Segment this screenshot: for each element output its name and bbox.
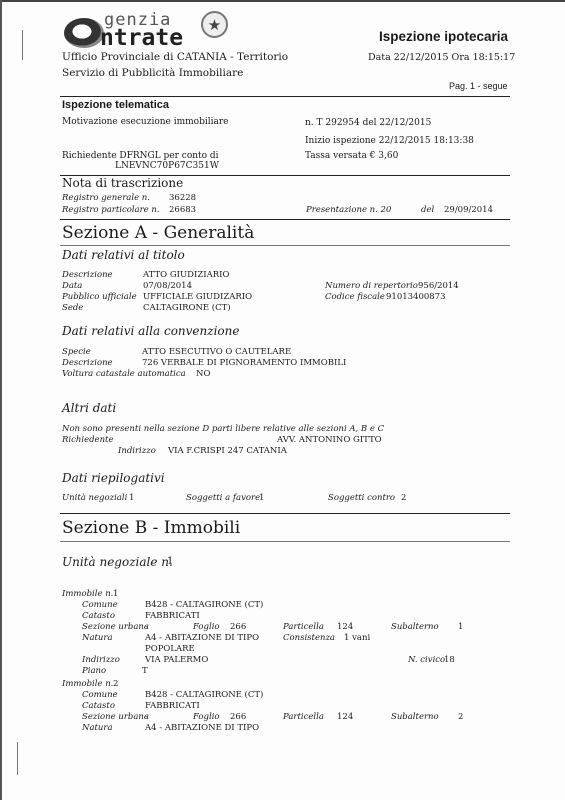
specie-value: ATTO ESECUTIVO O CAUTELARE	[142, 347, 291, 357]
immobile-2-catasto: FABBRICATI	[145, 701, 200, 711]
margin-mark-bottom	[17, 742, 18, 775]
unita-negoziale-label: Unità negoziale n.	[62, 555, 173, 569]
divider	[60, 96, 510, 97]
riepilogo-heading: Dati riepilogativi	[62, 471, 165, 485]
immobile-2-comune: B428 - CALTAGIRONE (CT)	[145, 690, 263, 700]
immobile-1-indirizzo: VIA PALERMO	[145, 655, 208, 665]
codice-fiscale-label: Codice fiscale	[325, 292, 385, 302]
repertorio-value: 956/2014	[418, 281, 459, 291]
immobile-2-foglio: 266	[230, 712, 246, 722]
unita-negoziali-label: Unità negoziali	[62, 493, 127, 503]
immobile-1-particella-label: Particella	[283, 622, 324, 632]
richiedente-codice: LNEVNC70P67C351W	[115, 161, 219, 171]
convenzione-heading: Dati relativi alla convenzione	[62, 324, 239, 338]
immobile-2-subalterno-label: Subalterno	[391, 712, 439, 722]
logo-ntrate-text: ntrate	[100, 25, 183, 51]
immobile-1-label: Immobile n.	[62, 589, 113, 599]
voltura-value: NO	[196, 369, 210, 379]
logo-e-icon	[64, 18, 104, 48]
republic-emblem-icon: ★	[201, 11, 228, 38]
immobile-1-civico-label: N. civico	[408, 655, 445, 665]
immobile-2-number: 2	[113, 679, 118, 689]
immobile-1-number: 1	[113, 589, 118, 599]
reg-particolare-value: 26683	[169, 205, 196, 215]
richiedente-line1: Richiedente DFRNGL per conto di	[62, 151, 219, 161]
convenzione-descrizione-label: Descrizione	[62, 358, 113, 368]
divider	[60, 219, 510, 220]
immobile-1-catasto: FABBRICATI	[145, 611, 200, 621]
reg-particolare-label: Registro particolare n.	[62, 205, 160, 215]
margin-mark-top	[22, 30, 23, 60]
immobile-1-foglio: 266	[230, 622, 246, 632]
immobile-2-subalterno: 2	[458, 712, 463, 722]
titolo-heading: Dati relativi al titolo	[62, 248, 185, 262]
divider	[60, 245, 510, 246]
immobile-2-particella-label: Particella	[283, 712, 324, 722]
immobile-2-catasto-label: Catasto	[82, 701, 115, 711]
scan-left-edge	[0, 0, 2, 800]
codice-fiscale-value: 91013400873	[386, 292, 446, 302]
immobile-1-piano-label: Piano	[82, 666, 106, 676]
titolo-descrizione-label: Descrizione	[62, 270, 113, 280]
titolo-descrizione-value: ATTO GIUDIZIARIO	[143, 270, 229, 280]
altri-indirizzo-value: VIA F.CRISPI 247 CATANIA	[168, 446, 287, 456]
divider	[60, 541, 510, 542]
document-page: genzia ntrate ★ Ufficio Provinciale di C…	[0, 0, 565, 800]
immobile-1-natura-cont: POPOLARE	[145, 644, 195, 654]
titolo-pubblico-ufficiale-value: UFFICIALE GIUDIZARIO	[143, 292, 252, 302]
immobile-1-comune-label: Comune	[82, 600, 118, 610]
del-label: del	[421, 205, 434, 215]
immobile-1-comune: B428 - CALTAGIRONE (CT)	[145, 600, 263, 610]
unita-negoziali-value: 1	[129, 493, 134, 503]
immobile-1-consistenza-label: Consistenza	[283, 633, 335, 643]
voltura-label: Voltura catastale automatica	[62, 369, 186, 379]
soggetti-favore-value: 1	[259, 493, 264, 503]
del-date: 29/09/2014	[444, 205, 493, 215]
immobile-1-piano: T	[142, 666, 148, 676]
altri-richiedente-value: AVV. ANTONINO GITTO	[277, 435, 382, 445]
service-line: Servizio di Pubblicità Immobiliare	[62, 67, 243, 79]
sezione-a-title: Sezione A - Generalità	[62, 223, 254, 243]
inizio-ispezione: Inizio ispezione 22/12/2015 18:13:38	[305, 136, 474, 146]
divider	[60, 513, 510, 514]
repertorio-label: Numero di repertorio	[325, 281, 418, 291]
immobile-1-subalterno-label: Subalterno	[391, 622, 439, 632]
altri-indirizzo-label: Indirizzo	[118, 446, 156, 456]
office-line: Ufficio Provinciale di CATANIA - Territo…	[62, 51, 288, 63]
tassa-versata: Tassa versata € 3,60	[305, 151, 398, 161]
titolo-data-value: 07/08/2014	[143, 281, 192, 291]
presentazione: Presentazione n. 20	[306, 205, 391, 215]
titolo-sede-value: CALTAGIRONE (CT)	[143, 303, 231, 313]
immobile-1-natura: A4 - ABITAZIONE DI TIPO	[145, 633, 259, 643]
document-date-time: Data 22/12/2015 Ora 18:15:17	[368, 52, 515, 63]
soggetti-contro-value: 2	[401, 493, 406, 503]
immobile-2-natura: A4 - ABITAZIONE DI TIPO	[145, 723, 259, 733]
ispezione-telematica-title: Ispezione telematica	[62, 99, 169, 111]
immobile-1-particella: 124	[337, 622, 353, 632]
immobile-2-sezione-label: Sezione urbana	[82, 712, 149, 722]
immobile-1-subalterno: 1	[458, 622, 463, 632]
immobile-2-label: Immobile n.	[62, 679, 113, 689]
convenzione-descrizione-value: 726 VERBALE DI PIGNORAMENTO IMMOBILI	[142, 358, 346, 368]
soggetti-contro-label: Soggetti contro	[328, 493, 395, 503]
altri-dati-note: Non sono presenti nella sezione D parti …	[62, 424, 384, 434]
scan-top-edge	[0, 0, 565, 2]
titolo-data-label: Data	[62, 281, 82, 291]
unita-negoziale-value: 1	[167, 556, 173, 567]
altri-dati-heading: Altri dati	[62, 401, 116, 415]
immobile-1-catasto-label: Catasto	[82, 611, 115, 621]
ispezione-numero: n. T 292954 del 22/12/2015	[305, 118, 431, 128]
immobile-1-natura-label: Natura	[82, 633, 113, 643]
nota-title: Nota di trascrizione	[62, 176, 183, 190]
immobile-1-consistenza: 1 vani	[344, 633, 370, 643]
sezione-b-title: Sezione B - Immobili	[62, 518, 240, 538]
motivazione: Motivazione esecuzione immobiliare	[62, 117, 229, 127]
immobile-1-indirizzo-label: Indirizzo	[82, 655, 120, 665]
altri-richiedente-label: Richiedente	[62, 435, 114, 445]
immobile-1-foglio-label: Foglio	[193, 622, 220, 632]
soggetti-favore-label: Soggetti a favore	[186, 493, 260, 503]
immobile-2-comune-label: Comune	[82, 690, 118, 700]
immobile-1-civico: 18	[444, 655, 455, 665]
immobile-1-sezione: -	[145, 622, 148, 632]
page-number: Pag. 1 - segue	[449, 81, 508, 91]
reg-generale-value: 36228	[169, 193, 196, 203]
titolo-sede-label: Sede	[62, 303, 83, 313]
titolo-pubblico-ufficiale-label: Pubblico ufficiale	[62, 292, 137, 302]
reg-generale-label: Registro generale n.	[62, 193, 150, 203]
immobile-2-foglio-label: Foglio	[193, 712, 220, 722]
document-title: Ispezione ipotecaria	[379, 29, 508, 44]
specie-label: Specie	[62, 347, 91, 357]
immobile-2-particella: 124	[337, 712, 353, 722]
immobile-2-natura-label: Natura	[82, 723, 113, 733]
immobile-2-sezione: -	[145, 712, 148, 722]
immobile-1-sezione-label: Sezione urbana	[82, 622, 149, 632]
